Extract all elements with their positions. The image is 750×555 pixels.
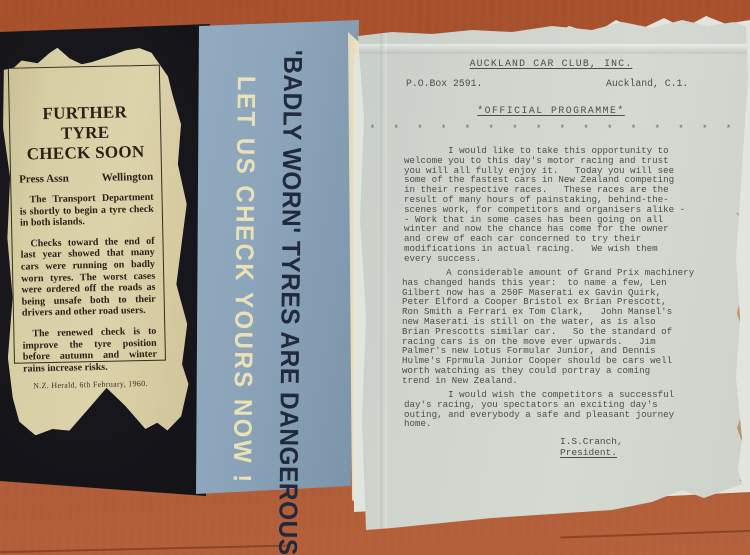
paper-crease [380, 18, 387, 534]
clipping-paragraph: The renewed check is to improve the tyre… [22, 326, 157, 375]
clipping-byline: Press Assn Wellington [19, 171, 153, 186]
signature-block: I.S.Cranch, President. [560, 436, 623, 458]
asterisk-separator: * * * * * * * * * * * * * * * * [352, 123, 750, 134]
letter-doc-title: *OFFICIAL PROGRAMME* [352, 105, 750, 116]
letter-po-box: P.O.Box 2591. [406, 78, 482, 89]
clipping-headline: FURTHER TYRE CHECK SOON [18, 102, 153, 165]
signature-title: President. [560, 447, 623, 458]
photo-scene: FURTHER TYRE CHECK SOON Press Assn Welli… [0, 0, 750, 555]
clipping-paragraph: Checks toward the end of last year showe… [20, 236, 156, 320]
byline-source: Press Assn [19, 173, 69, 186]
byline-location: Wellington [102, 171, 154, 184]
banner-callout-text: LET US CHECK YOURS NOW ! [226, 76, 260, 485]
programme-letter: AUCKLAND CAR CLUB, INC. P.O.Box 2591. Au… [352, 18, 750, 534]
banner-warning-text: 'BADLY WORN' TYRES ARE DANGEROUS [271, 50, 307, 555]
clipping-credit: N.Z. Herald, 6th February, 1960. [23, 379, 157, 391]
letter-paragraph: I would like to take this opportunity to… [404, 146, 704, 264]
clipping-article: FURTHER TYRE CHECK SOON Press Assn Welli… [8, 65, 166, 364]
letter-paragraph: A considerable amount of Grand Prix mach… [402, 268, 708, 386]
letter-org-title: AUCKLAND CAR CLUB, INC. [352, 58, 750, 69]
clipping-paragraph: The Transport Department is shortly to b… [19, 192, 154, 230]
signature-name: I.S.Cranch, [560, 436, 623, 447]
letter-city: Auckland, C.1. [606, 78, 688, 89]
letter-paragraph: I would wish the competitors a successfu… [404, 390, 704, 429]
paper-crease [352, 44, 750, 54]
